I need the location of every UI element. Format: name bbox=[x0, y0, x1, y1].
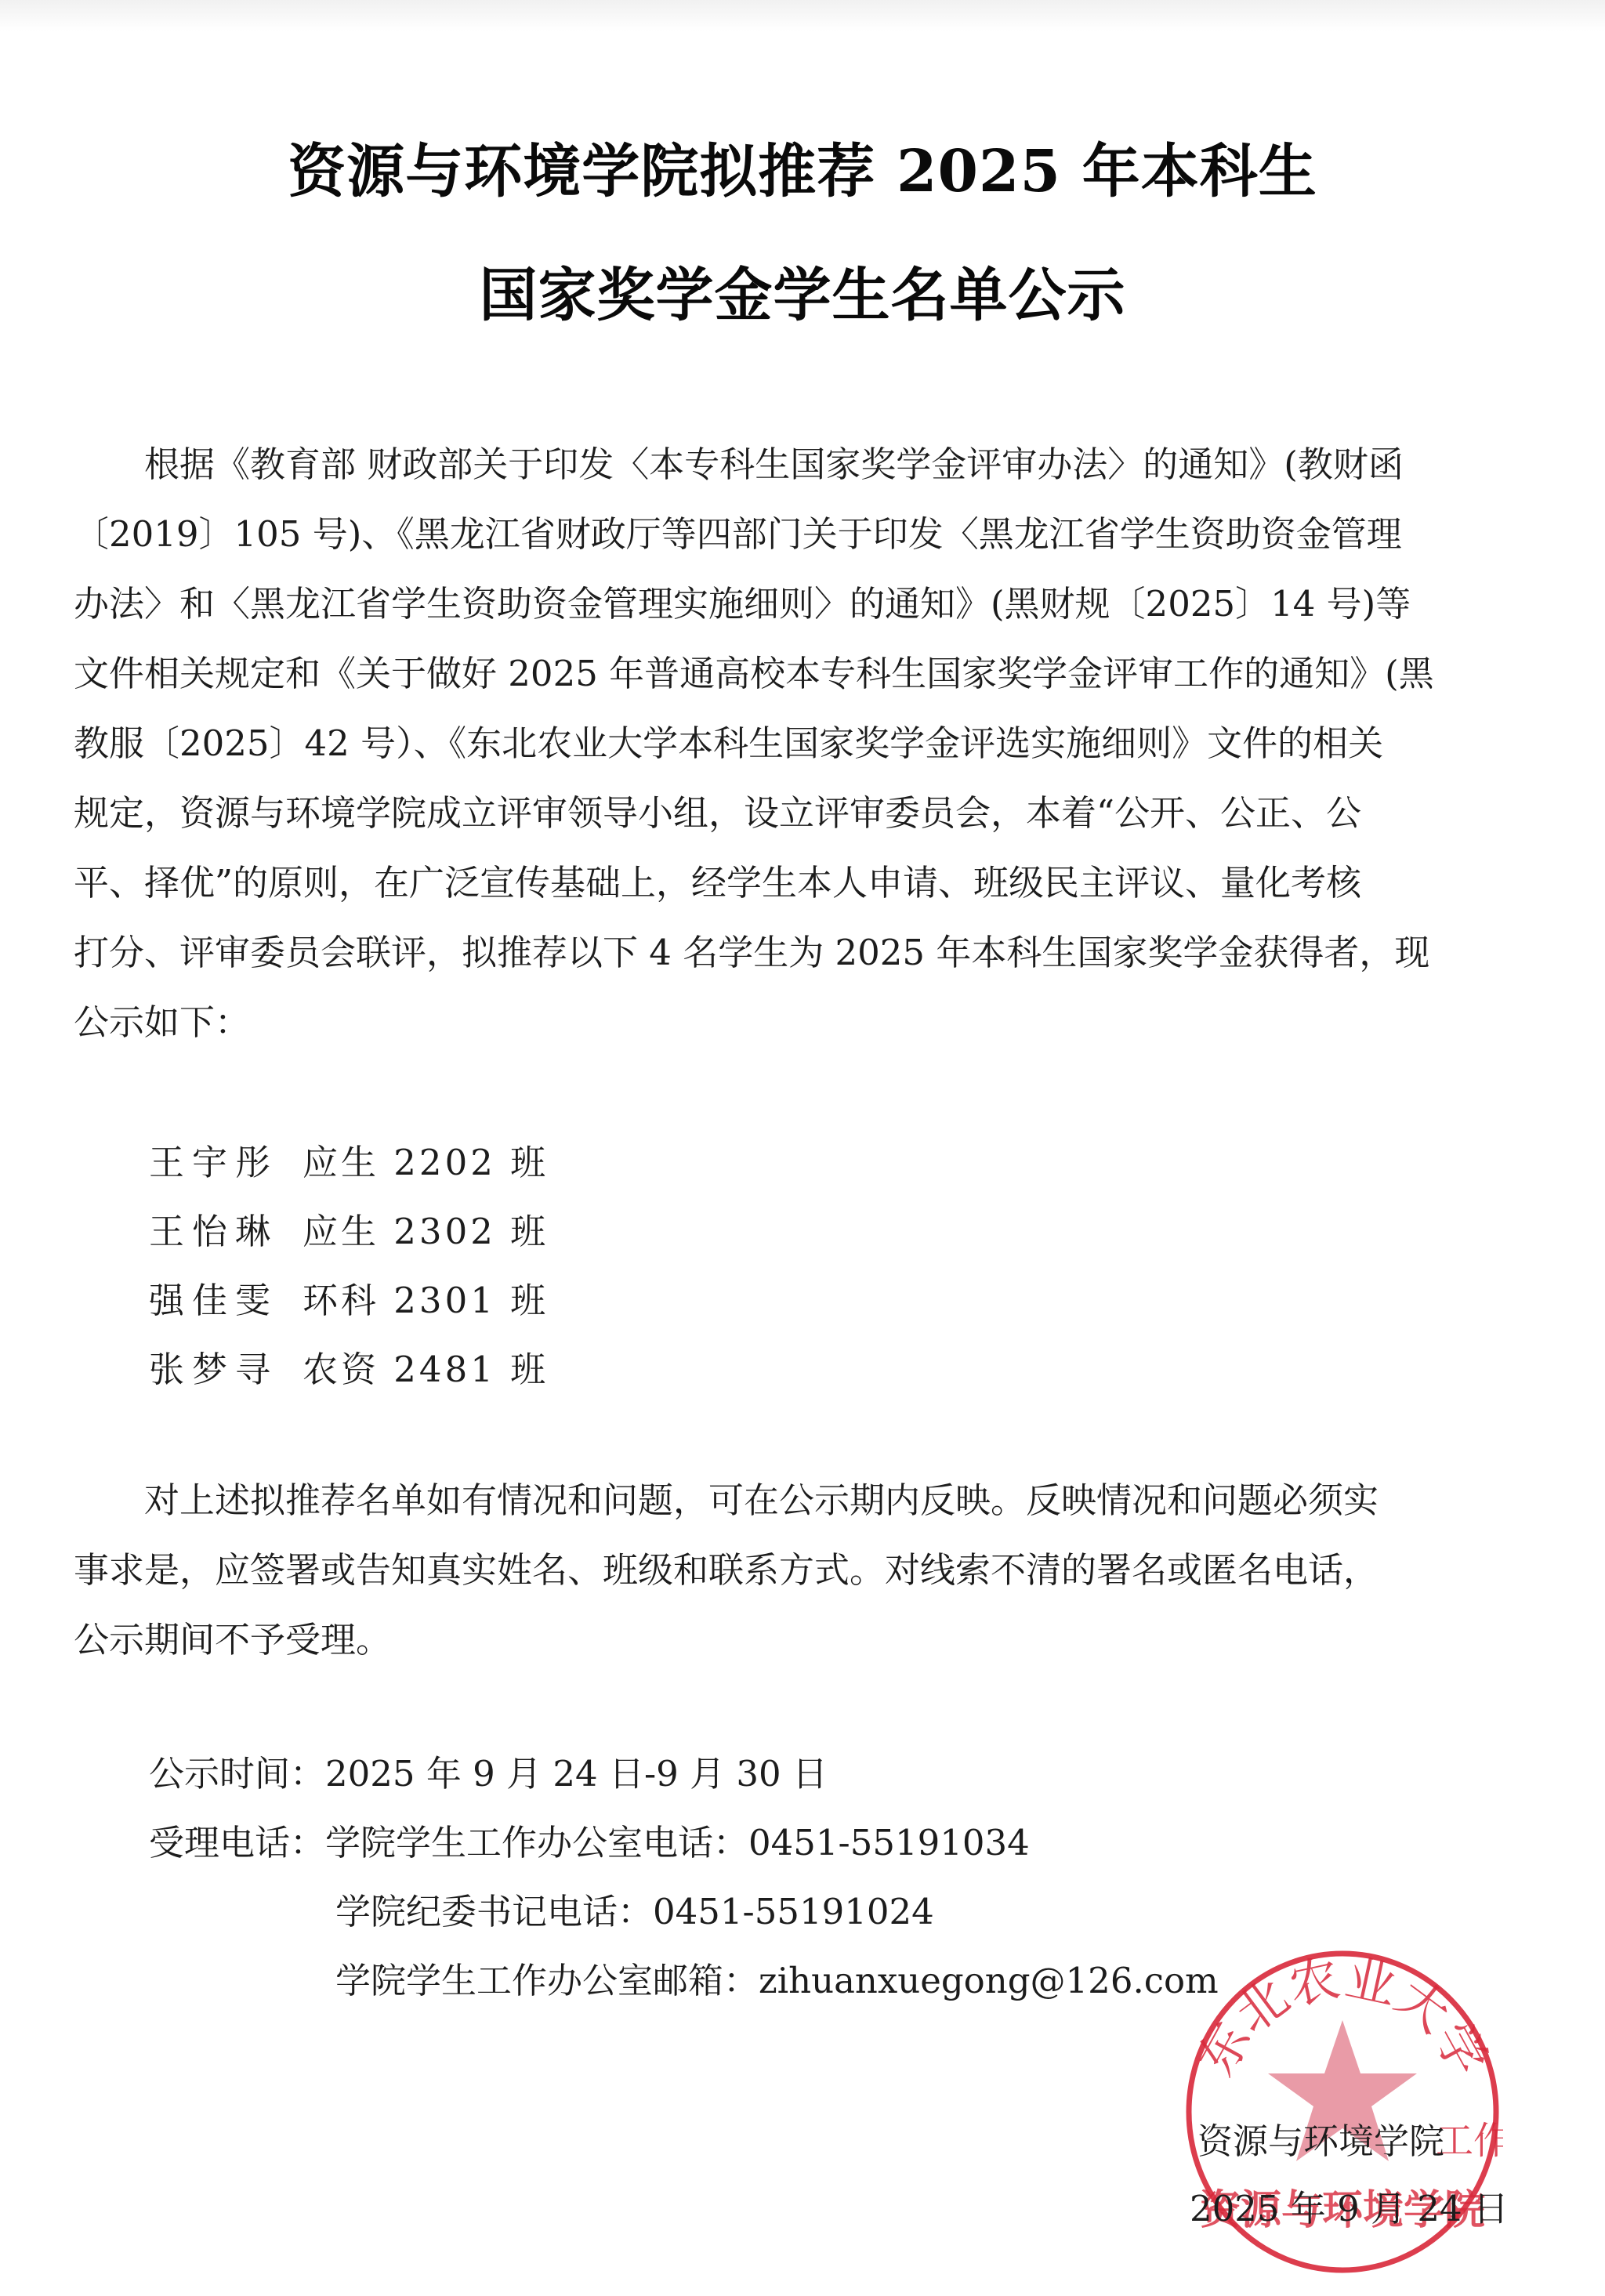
student-row: 强佳雯 环科 2301 班 bbox=[149, 1266, 549, 1335]
paragraph-line: 办法〉和〈黑龙江省学生资助资金管理实施细则〉的通知》(黑财规〔2025〕14 号… bbox=[74, 569, 1484, 639]
signature-organization: 资源与环境学院 bbox=[1197, 2108, 1509, 2175]
paragraph-line: 文件相关规定和《关于做好 2025 年普通高校本专科生国家奖学金评审工作的通知》… bbox=[74, 639, 1484, 708]
paragraph-line: 教服〔2025〕42 号）、《东北农业大学本科生国家奖学金评选实施细则》文件的相… bbox=[74, 708, 1484, 778]
publicity-period: 公示时间：2025 年 9 月 24 日-9 月 30 日 bbox=[149, 1740, 1219, 1809]
student-row: 王怡琳 应生 2302 班 bbox=[149, 1197, 549, 1266]
paragraph-line: 公示如下： bbox=[74, 987, 1484, 1057]
discipline-phone: 学院纪委书记电话：0451-55191024 bbox=[149, 1878, 1219, 1947]
paragraph-basis: 根据《教育部 财政部关于印发〈本专科生国家奖学金评审办法〉的通知》(教财函 〔2… bbox=[74, 429, 1484, 1057]
student-name: 王宇彤 bbox=[149, 1128, 303, 1197]
scan-shadow bbox=[0, 0, 1605, 31]
paragraph-line: 打分、评审委员会联评，拟推荐以下 4 名学生为 2025 年本科生国家奖学金获得… bbox=[74, 918, 1484, 987]
title-line-1: 资源与环境学院拟推荐 2025 年本科生 bbox=[0, 125, 1605, 208]
student-name: 王怡琳 bbox=[149, 1197, 303, 1266]
paragraph-line: 平、择优”的原则，在广泛宣传基础上，经学生本人申请、班级民主评议、量化考核 bbox=[74, 848, 1484, 918]
student-class: 农资 2481 班 bbox=[303, 1335, 549, 1404]
office-email[interactable]: 学院学生工作办公室邮箱：zihuanxuegong@126.com bbox=[149, 1947, 1219, 2015]
student-class: 应生 2202 班 bbox=[303, 1128, 549, 1197]
paragraph-feedback: 对上述拟推荐名单如有情况和问题，可在公示期内反映。反映情况和问题必须实 事求是，… bbox=[74, 1465, 1484, 1675]
paragraph-line: 规定，资源与环境学院成立评审领导小组，设立评审委员会，本着“公开、公正、公 bbox=[74, 778, 1484, 848]
paragraph-line: 对上述拟推荐名单如有情况和问题，可在公示期内反映。反映情况和问题必须实 bbox=[74, 1465, 1484, 1535]
contact-info: 公示时间：2025 年 9 月 24 日-9 月 30 日 受理电话：学院学生工… bbox=[149, 1740, 1219, 2015]
notice-page: 资源与环境学院拟推荐 2025 年本科生 国家奖学金学生名单公示 根据《教育部 … bbox=[0, 0, 1605, 2296]
student-name: 张梦寻 bbox=[149, 1335, 303, 1404]
student-row: 张梦寻 农资 2481 班 bbox=[149, 1335, 549, 1404]
title-line-2: 国家奖学金学生名单公示 bbox=[0, 249, 1605, 332]
office-phone: 学院学生工作办公室电话：0451-55191034 bbox=[325, 1822, 1030, 1863]
student-class: 应生 2302 班 bbox=[303, 1197, 549, 1266]
paragraph-line: 事求是，应签署或告知真实姓名、班级和联系方式。对线索不清的署名或匿名电话， bbox=[74, 1535, 1484, 1605]
signature-block: 资源与环境学院 2025 年 9 月 24 日 bbox=[1197, 2108, 1509, 2243]
office-phone-row: 受理电话：学院学生工作办公室电话：0451-55191034 bbox=[149, 1809, 1219, 1878]
signature-date: 2025 年 9 月 24 日 bbox=[1190, 2175, 1509, 2243]
publicity-period-value: 2025 年 9 月 24 日-9 月 30 日 bbox=[325, 1753, 828, 1794]
paragraph-line: 公示期间不予受理。 bbox=[74, 1605, 1484, 1675]
student-name: 强佳雯 bbox=[149, 1266, 303, 1335]
student-row: 王宇彤 应生 2202 班 bbox=[149, 1128, 549, 1197]
student-list: 王宇彤 应生 2202 班 王怡琳 应生 2302 班 强佳雯 环科 2301 … bbox=[149, 1128, 549, 1404]
phone-label: 受理电话： bbox=[149, 1822, 325, 1863]
paragraph-line: 〔2019〕105 号)、《黑龙江省财政厅等四部门关于印发〈黑龙江省学生资助资金… bbox=[74, 499, 1484, 569]
student-class: 环科 2301 班 bbox=[303, 1266, 549, 1335]
publicity-period-label: 公示时间： bbox=[149, 1753, 325, 1794]
paragraph-line: 根据《教育部 财政部关于印发〈本专科生国家奖学金评审办法〉的通知》(教财函 bbox=[74, 429, 1484, 499]
